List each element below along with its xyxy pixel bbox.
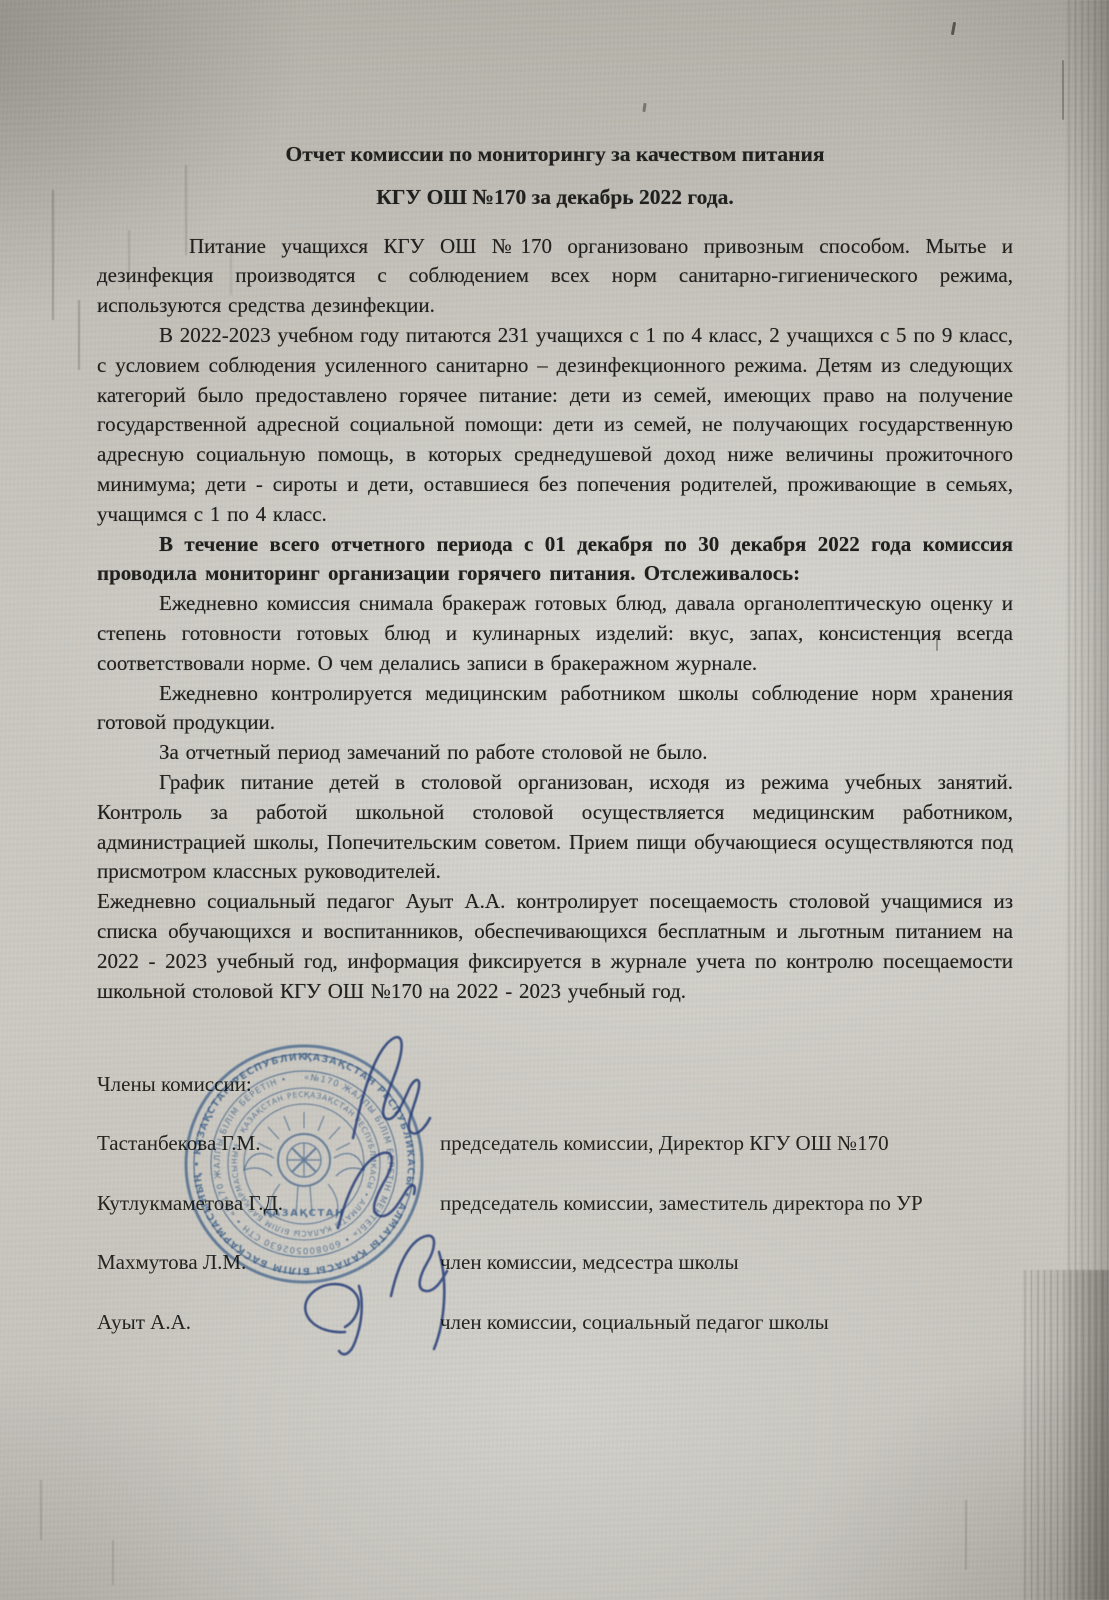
paragraph-3: В течение всего отчетного периода с 01 д…: [97, 530, 1013, 590]
signature-row: Махмутова Л.М. член комиссии, медсестра …: [97, 1250, 1013, 1275]
paper-scratch: [965, 1500, 967, 1570]
pen-mark: [1062, 60, 1064, 120]
paper-edge-streaks-bottom: [1019, 1270, 1109, 1600]
member-role: председатель комиссии, заместитель дирек…: [440, 1191, 1013, 1216]
member-role: член комиссии, медсестра школы: [440, 1250, 1013, 1275]
paper-scratch: [40, 1480, 42, 1540]
member-name: Тастанбекова Г.М.: [97, 1131, 440, 1156]
paper-scratch: [112, 1540, 114, 1585]
paragraph-6: За отчетный период замечаний по работе с…: [97, 738, 1013, 768]
document-title-line2: КГУ ОШ №170 за декабрь 2022 года.: [97, 183, 1013, 213]
signature-row: Кутлукмаметова Г.Д. председатель комисси…: [97, 1191, 1013, 1216]
signature-row: Тастанбекова Г.М. председатель комиссии,…: [97, 1131, 1013, 1156]
member-role: председатель комиссии, Директор КГУ ОШ №…: [440, 1131, 1013, 1156]
paper-scratch: [52, 190, 54, 320]
signature-row: Ауыт А.А. член комиссии, социальный педа…: [97, 1310, 1013, 1335]
paragraph-2: В 2022-2023 учебном году питаются 231 уч…: [97, 321, 1013, 530]
member-name: Ауыт А.А.: [97, 1310, 440, 1335]
member-name: Махмутова Л.М.: [97, 1250, 440, 1275]
paragraph-8: Ежедневно социальный педагог Ауыт А.А. к…: [97, 887, 1013, 1006]
document-body: Отчет комиссии по мониторингу за качеств…: [97, 140, 1013, 1006]
commission-members-heading: Члены комиссии:: [97, 1072, 252, 1097]
paper-scratch: [78, 300, 80, 370]
paragraph-1: Питание учащихся КГУ ОШ №170 организован…: [97, 232, 1013, 321]
document-title-line1: Отчет комиссии по мониторингу за качеств…: [97, 140, 1013, 170]
paragraphs: Питание учащихся КГУ ОШ №170 организован…: [97, 232, 1013, 1007]
member-role: член комиссии, социальный педагог школы: [440, 1310, 1013, 1335]
paragraph-5: Ежедневно контролируется медицинским раб…: [97, 679, 1013, 739]
paragraph-4: Ежедневно комиссия снимала бракераж гото…: [97, 589, 1013, 678]
paragraph-7: График питание детей в столовой организо…: [97, 768, 1013, 887]
member-name: Кутлукмаметова Г.Д.: [97, 1191, 440, 1216]
